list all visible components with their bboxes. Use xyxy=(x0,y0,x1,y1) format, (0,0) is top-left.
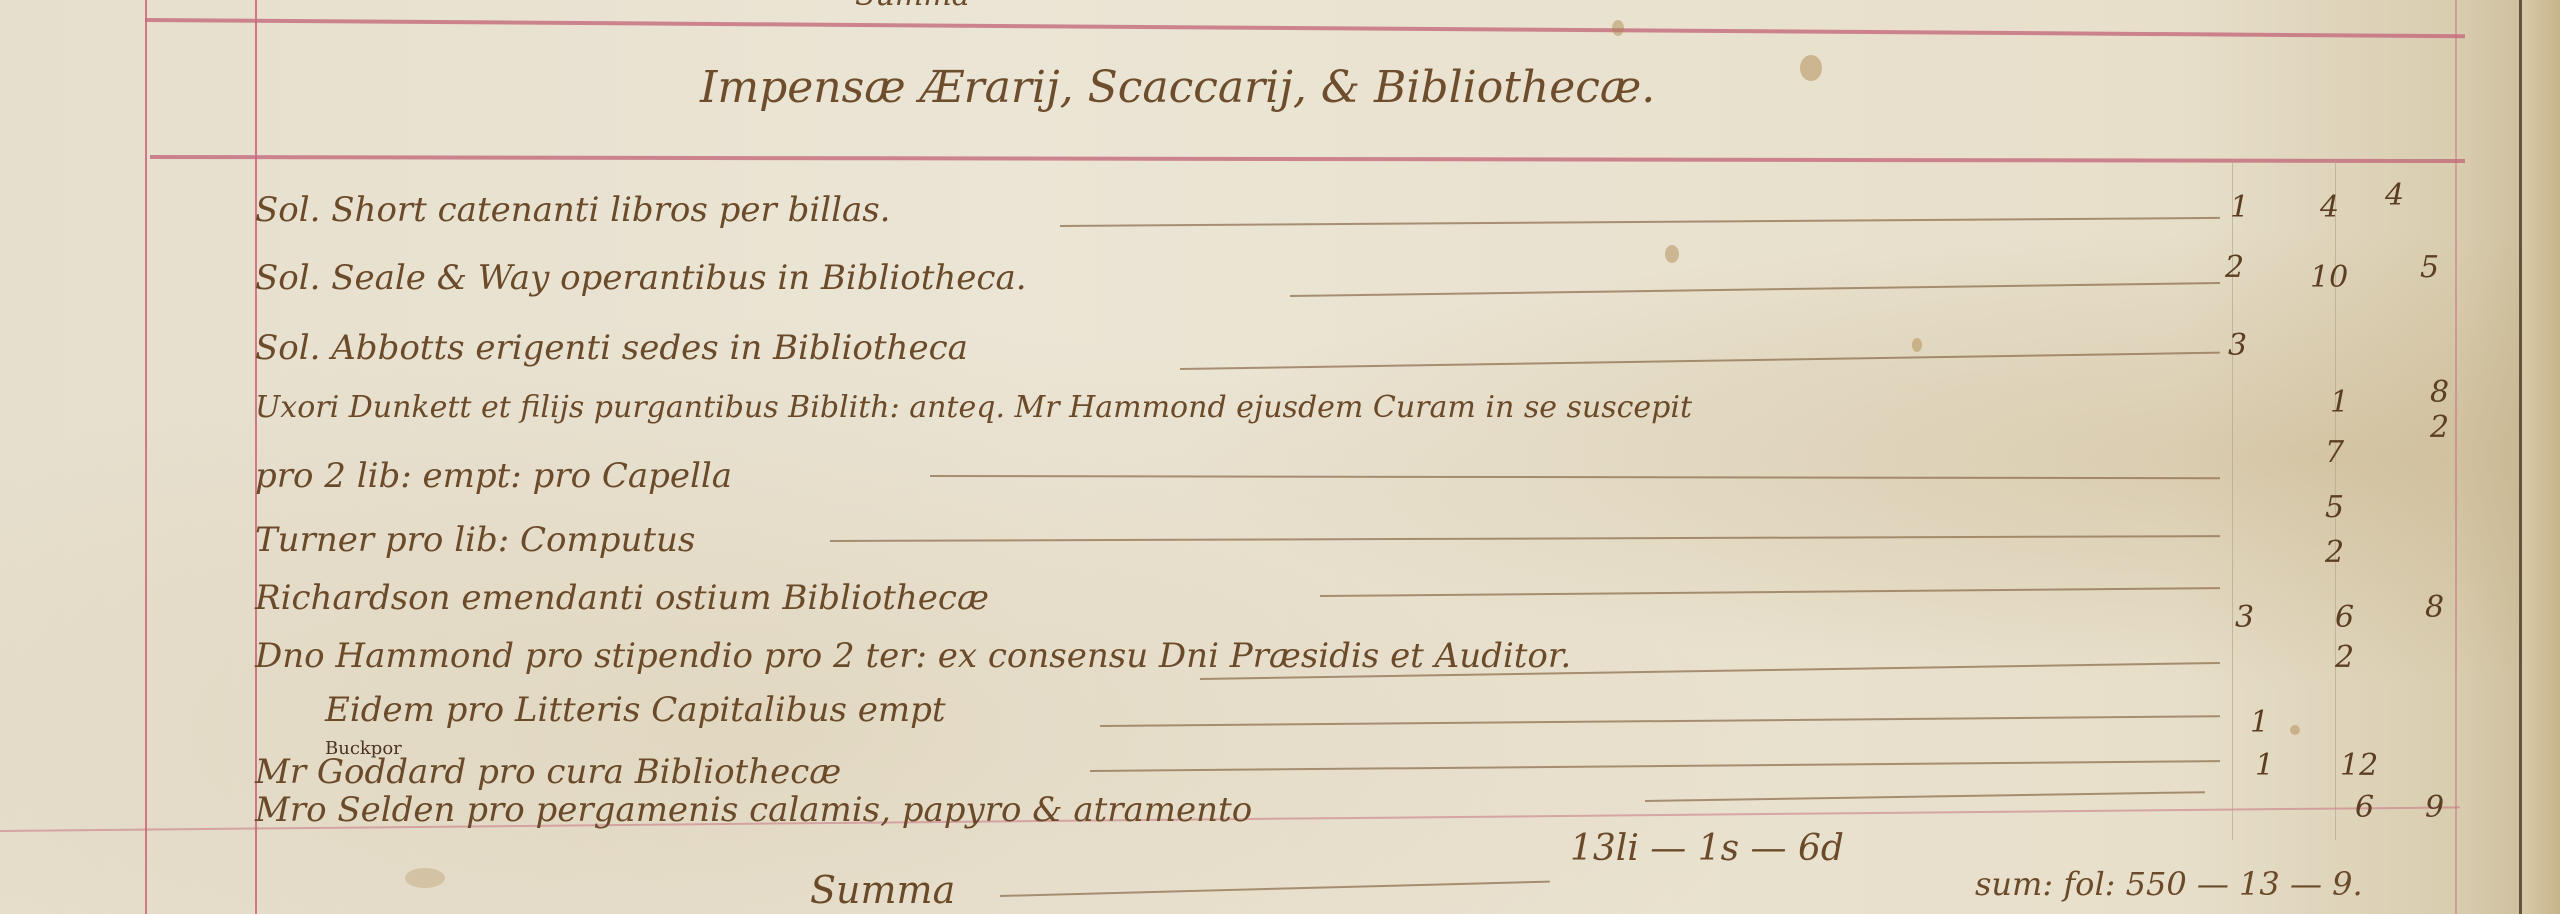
binding-edge xyxy=(2519,0,2522,914)
leader-line xyxy=(1090,760,2220,772)
entry-text: Sol. Seale & Way operantibus in Biblioth… xyxy=(255,258,1027,298)
page-heading: Impensæ Ærarij, Scaccarij, & Bibliothecæ… xyxy=(700,62,1655,113)
amount-d: 9 xyxy=(2425,790,2444,825)
amount-s: 2 xyxy=(2325,535,2344,570)
leader-line xyxy=(1320,587,2220,597)
leader-line xyxy=(930,475,2220,479)
amount-li: 1 xyxy=(2250,705,2269,740)
leader-line xyxy=(1290,282,2220,297)
entry-text: Uxori Dunkett et filijs purgantibus Bibl… xyxy=(255,390,1692,425)
summa-amount: 13li — 1s — 6d xyxy=(1570,828,1844,869)
ink-stain xyxy=(1612,20,1624,36)
amount-li: 1 xyxy=(2230,190,2249,225)
leader-line xyxy=(1060,217,2220,227)
amount-s: 10 xyxy=(2310,260,2348,295)
amount-s: 2 xyxy=(2335,640,2354,675)
margin-rule-left xyxy=(145,0,147,914)
previous-summa-fragment: Summa xyxy=(855,0,970,13)
entry-text: Mr Goddard pro cura Bibliothecæ xyxy=(255,752,841,792)
ink-stain xyxy=(1665,245,1679,263)
amount-d: 4 xyxy=(2385,178,2404,213)
ink-stain xyxy=(2290,725,2300,735)
leader-line xyxy=(1645,791,2205,802)
entry-text: Sol. Abbotts erigenti sedes in Bibliothe… xyxy=(255,328,968,368)
amount-s: 6 xyxy=(2335,600,2354,635)
amount-s: 4 xyxy=(2320,190,2339,225)
page-edge xyxy=(2522,0,2560,914)
entry-text: Richardson emendanti ostium Bibliothecæ xyxy=(255,578,989,618)
amount-s: 12 xyxy=(2340,748,2378,783)
entry-text: pro 2 lib: empt: pro Capella xyxy=(255,456,732,496)
amount-s: 6 xyxy=(2355,790,2374,825)
ink-stain xyxy=(405,868,445,888)
ink-stain xyxy=(1800,55,1822,81)
summa-leader xyxy=(1000,881,1550,897)
amount-li: 3 xyxy=(2228,328,2247,363)
amount-d: 2 xyxy=(2430,410,2449,445)
heading-rule xyxy=(150,155,2465,163)
amount-d: 8 xyxy=(2430,375,2449,410)
amount-d: 8 xyxy=(2425,590,2444,625)
top-rule xyxy=(145,18,2465,38)
amount-li: 3 xyxy=(2235,600,2254,635)
folio-sum-label: sum: fol: 550 — 13 — 9. xyxy=(1975,865,2363,903)
manuscript-page: Summa Impensæ Ærarij, Scaccarij, & Bibli… xyxy=(0,0,2560,914)
margin-rule-right xyxy=(2455,0,2457,914)
entry-text: Dno Hammond pro stipendio pro 2 ter: ex … xyxy=(255,636,1571,676)
amount-li: 2 xyxy=(2225,250,2244,285)
amount-li: 1 xyxy=(2255,748,2274,783)
folio-sum-amount: 550 — 13 — 9. xyxy=(2126,865,2363,903)
amount-d: 5 xyxy=(2420,250,2439,285)
leader-line xyxy=(1180,352,2220,370)
leader-line xyxy=(830,535,2220,542)
ink-stain xyxy=(1912,338,1922,352)
amount-s: 1 xyxy=(2330,385,2349,420)
entry-text: Mro Selden pro pergamenis calamis, papyr… xyxy=(255,790,1252,830)
entry-text: Sol. Short catenanti libros per billas. xyxy=(255,190,891,230)
leader-line xyxy=(1100,715,2220,727)
summa-label: Summa xyxy=(810,868,955,912)
folio-sum-text: sum: fol: xyxy=(1975,865,2115,903)
entry-text: Eidem pro Litteris Capitalibus empt xyxy=(325,690,946,730)
entry-text: Turner pro lib: Computus xyxy=(255,520,695,560)
amount-s: 5 xyxy=(2325,490,2344,525)
amount-s: 7 xyxy=(2325,435,2344,470)
